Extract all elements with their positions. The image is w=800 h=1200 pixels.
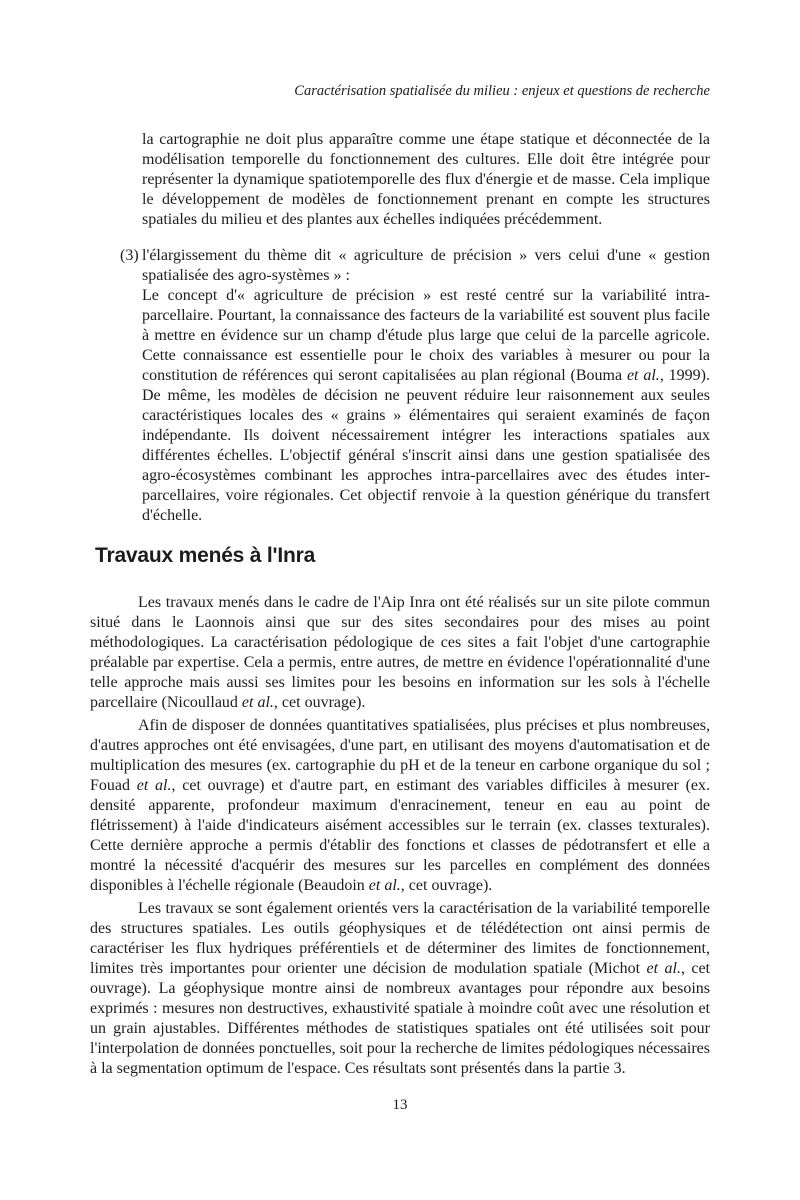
list-item-marker: (3): [120, 246, 139, 266]
document-page: Caractérisation spatialisée du milieu : …: [0, 0, 800, 1200]
page-number: 13: [0, 1096, 800, 1114]
section-paragraph-1: Les travaux menés dans le cadre de l'Aip…: [90, 593, 710, 713]
list-item-body: Le concept d'« agriculture de précision …: [142, 286, 710, 526]
continuation-paragraph: la cartographie ne doit plus apparaître …: [142, 130, 710, 230]
section-paragraph-2: Afin de disposer de données quantitative…: [90, 716, 710, 896]
section-paragraph-3: Les travaux se sont également orientés v…: [90, 899, 710, 1079]
list-item-lead: l'élargissement du thème dit « agricultu…: [142, 246, 710, 286]
list-item-3: (3) l'élargissement du thème dit « agric…: [90, 246, 710, 526]
section-heading: Travaux menés à l'Inra: [95, 544, 710, 568]
running-title: Caractérisation spatialisée du milieu : …: [90, 82, 710, 100]
text-block: la cartographie ne doit plus apparaître …: [90, 130, 710, 1079]
